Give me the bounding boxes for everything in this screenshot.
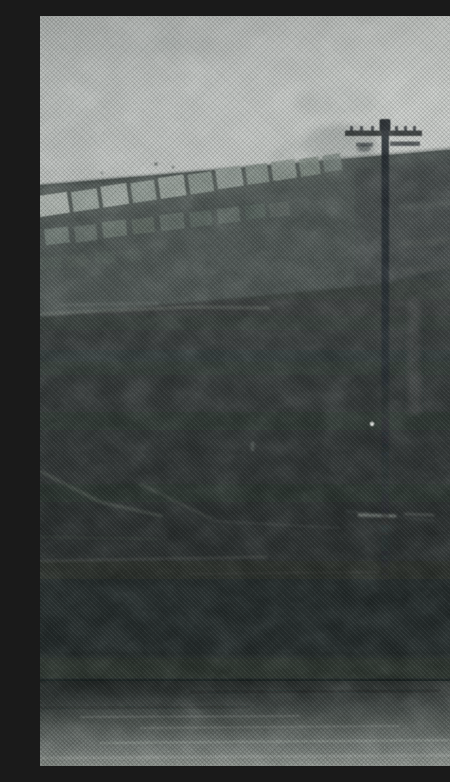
sky-speck <box>172 166 175 169</box>
skylight-window <box>122 249 141 262</box>
newspaper-photo <box>40 16 450 766</box>
skylight-window <box>269 201 291 217</box>
white-speck-core <box>371 423 373 425</box>
skylight-window <box>44 226 70 245</box>
bright-dash <box>358 515 396 516</box>
faint-tick <box>251 442 254 451</box>
skylight-window <box>130 180 157 203</box>
ripple-dark <box>40 707 250 708</box>
bright-dash <box>404 514 434 515</box>
skylight-window <box>245 203 267 219</box>
skylight-window <box>298 156 320 177</box>
pole-insulator <box>371 126 374 131</box>
sky-speck <box>101 172 104 175</box>
pole-insulator <box>404 126 407 131</box>
skylight-window <box>100 183 129 208</box>
skylight-window <box>74 224 98 243</box>
skylight-window <box>189 210 213 228</box>
ripple-dark <box>190 691 440 692</box>
pole-crossarm-lower <box>390 142 420 147</box>
skylight-window <box>95 251 116 264</box>
skylight-window <box>67 254 88 268</box>
pole-insulator <box>350 126 353 131</box>
skylight-window <box>217 206 241 224</box>
ripple-light <box>80 716 300 717</box>
pole-insulator <box>395 126 398 131</box>
sky-smudge <box>100 27 220 55</box>
sky-speck <box>154 162 158 166</box>
skylight-window <box>159 212 185 231</box>
skylight-window <box>40 192 70 217</box>
photo-illustration <box>40 16 450 766</box>
pole-insulator <box>413 126 416 131</box>
pole-hardware-blob <box>357 144 371 152</box>
pole-insulator <box>360 126 363 131</box>
sky-smudge <box>293 86 377 116</box>
pole-crossarm-upper <box>345 131 422 137</box>
skylight-window <box>245 163 270 185</box>
skylight-window <box>271 159 298 181</box>
skylight-window <box>102 219 128 238</box>
skylight-window <box>188 171 215 194</box>
skylight-window <box>71 188 100 212</box>
skylight-window <box>215 166 244 190</box>
skylight-window <box>158 174 187 199</box>
wall-pilaster <box>408 296 420 414</box>
water-side-light <box>40 681 450 766</box>
pole-top <box>380 119 391 131</box>
pole-shaft <box>382 122 390 580</box>
skylight-window <box>322 153 342 172</box>
skylight-window <box>40 256 62 270</box>
skylight-window <box>131 217 155 235</box>
